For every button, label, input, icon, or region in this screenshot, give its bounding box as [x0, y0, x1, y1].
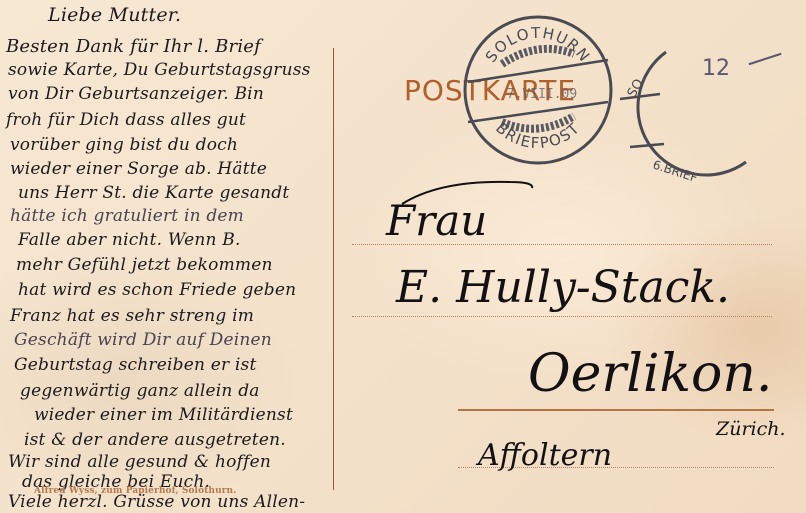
message-line: hätte ich gratuliert in dem [10, 206, 244, 226]
address-line-3 [458, 409, 774, 411]
message-line: mehr Gefühl jetzt bekommen [16, 255, 273, 275]
message-area: Liebe Mutter. Besten Dank für Ihr l. Bri… [0, 0, 335, 513]
svg-text:BRIEFPOST: BRIEFPOST [492, 119, 583, 152]
message-line: sowie Karte, Du Geburtstagsgruss [8, 60, 311, 80]
address-name: E. Hully-Stack. [396, 262, 730, 313]
message-line: Franz hat es sehr streng im [10, 306, 254, 326]
message-line: Wir sind alle gesund & hoffen [8, 452, 271, 472]
postmark-partial-icon: SO 6.BRIEF [608, 44, 758, 194]
address-title: Frau [386, 196, 487, 245]
address-street: Affoltern [478, 438, 612, 473]
message-line: Geburtstag schreiben er ist [14, 355, 257, 375]
salutation: Liebe Mutter. [48, 4, 181, 26]
message-line: Besten Dank für Ihr l. Brief [6, 36, 261, 57]
message-line: gegenwärtig ganz allein da [20, 381, 260, 401]
message-line: Viele herzl. Grüsse von uns Allen- [8, 492, 305, 512]
postmark-bottom-text: BRIEFPOST [492, 119, 583, 152]
postcard: Liebe Mutter. Besten Dank für Ihr l. Bri… [0, 0, 806, 513]
message-line: uns Herr St. die Karte gesandt [18, 183, 289, 203]
postmark-solothurn-icon: SOLOTHURN BRIEFPOST 7.VIII.09 [458, 10, 618, 170]
message-line: froh für Dich dass alles gut [6, 110, 246, 130]
stamp-area-note: 12 [702, 56, 730, 81]
postmark-partial-bottom: 6.BRIEF [651, 158, 699, 186]
postmark-date: 7.VIII.09 [507, 87, 577, 102]
address-region: Zürich. [716, 418, 786, 440]
message-line: ist & der andere ausgetreten. [24, 430, 286, 450]
message-line: wieder einer im Militärdienst [34, 405, 293, 425]
address-city: Oerlikon. [528, 344, 772, 404]
message-line: Geschäft wird Dir auf Deinen [14, 330, 272, 350]
message-line: wieder einer Sorge ab. Hätte [10, 159, 267, 179]
message-line: von Dir Geburtsanzeiger. Bin [8, 84, 264, 104]
message-line: Falle aber nicht. Wenn B. [18, 230, 241, 250]
message-line: hat wird es schon Friede geben [18, 280, 296, 300]
message-line: vorüber ging bist du doch [10, 135, 238, 155]
center-divider [333, 48, 334, 490]
address-line-2 [352, 316, 772, 317]
